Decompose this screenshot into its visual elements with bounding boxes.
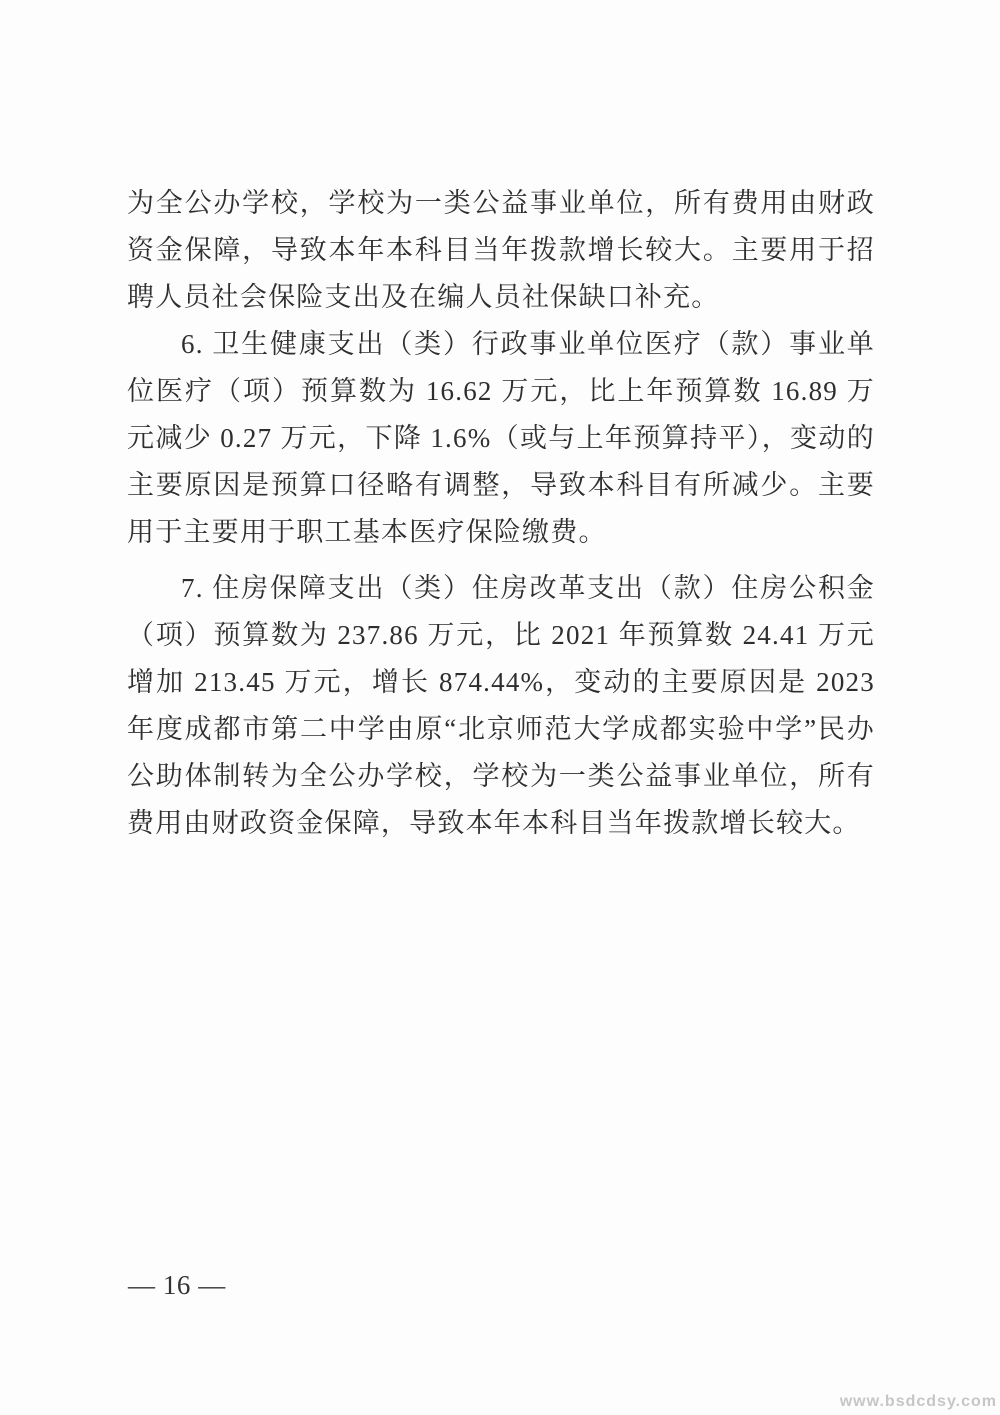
document-page: 为全公办学校，学校为一类公益事业单位，所有费用由财政资金保障，导致本年本科目当年…: [0, 0, 1000, 1415]
paragraph-item-7: 7. 住房保障支出（类）住房改革支出（款）住房公积金（项）预算数为 237.86…: [127, 565, 875, 847]
paragraph-continuation: 为全公办学校，学校为一类公益事业单位，所有费用由财政资金保障，导致本年本科目当年…: [127, 180, 875, 321]
watermark: www.bsdcdsy.com: [840, 1392, 997, 1412]
document-body: 为全公办学校，学校为一类公益事业单位，所有费用由财政资金保障，导致本年本科目当年…: [127, 180, 875, 847]
paragraph-item-6: 6. 卫生健康支出（类）行政事业单位医疗（款）事业单位医疗（项）预算数为 16.…: [127, 321, 875, 556]
page-number: — 16 —: [128, 1268, 226, 1302]
